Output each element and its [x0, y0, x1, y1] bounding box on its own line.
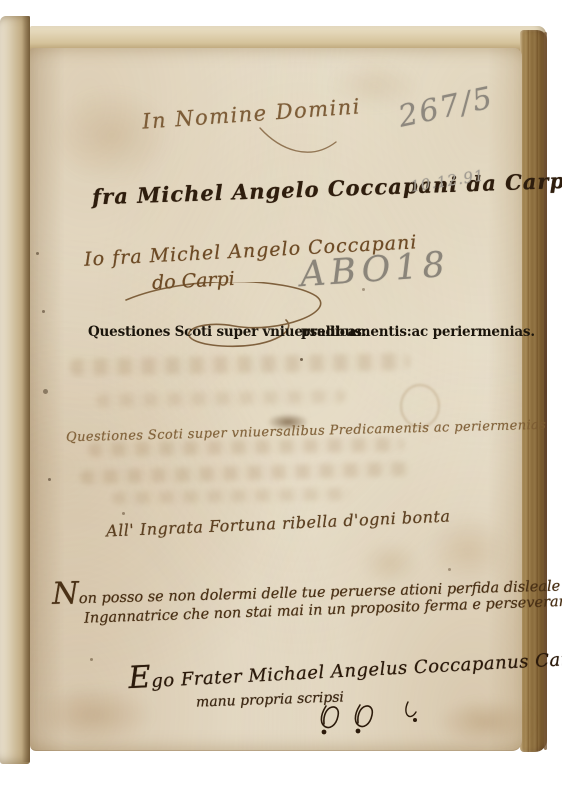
printed-title-right: predicamentis:ac periermenias.: [301, 324, 535, 340]
book-photograph: In Nomine Domini fra Michel Angelo Cocca…: [0, 0, 562, 800]
ownership-inscription-2-line2: do Carpi: [151, 268, 235, 294]
ink-specks: [300, 358, 303, 361]
gutter-shadow: [22, 16, 30, 762]
